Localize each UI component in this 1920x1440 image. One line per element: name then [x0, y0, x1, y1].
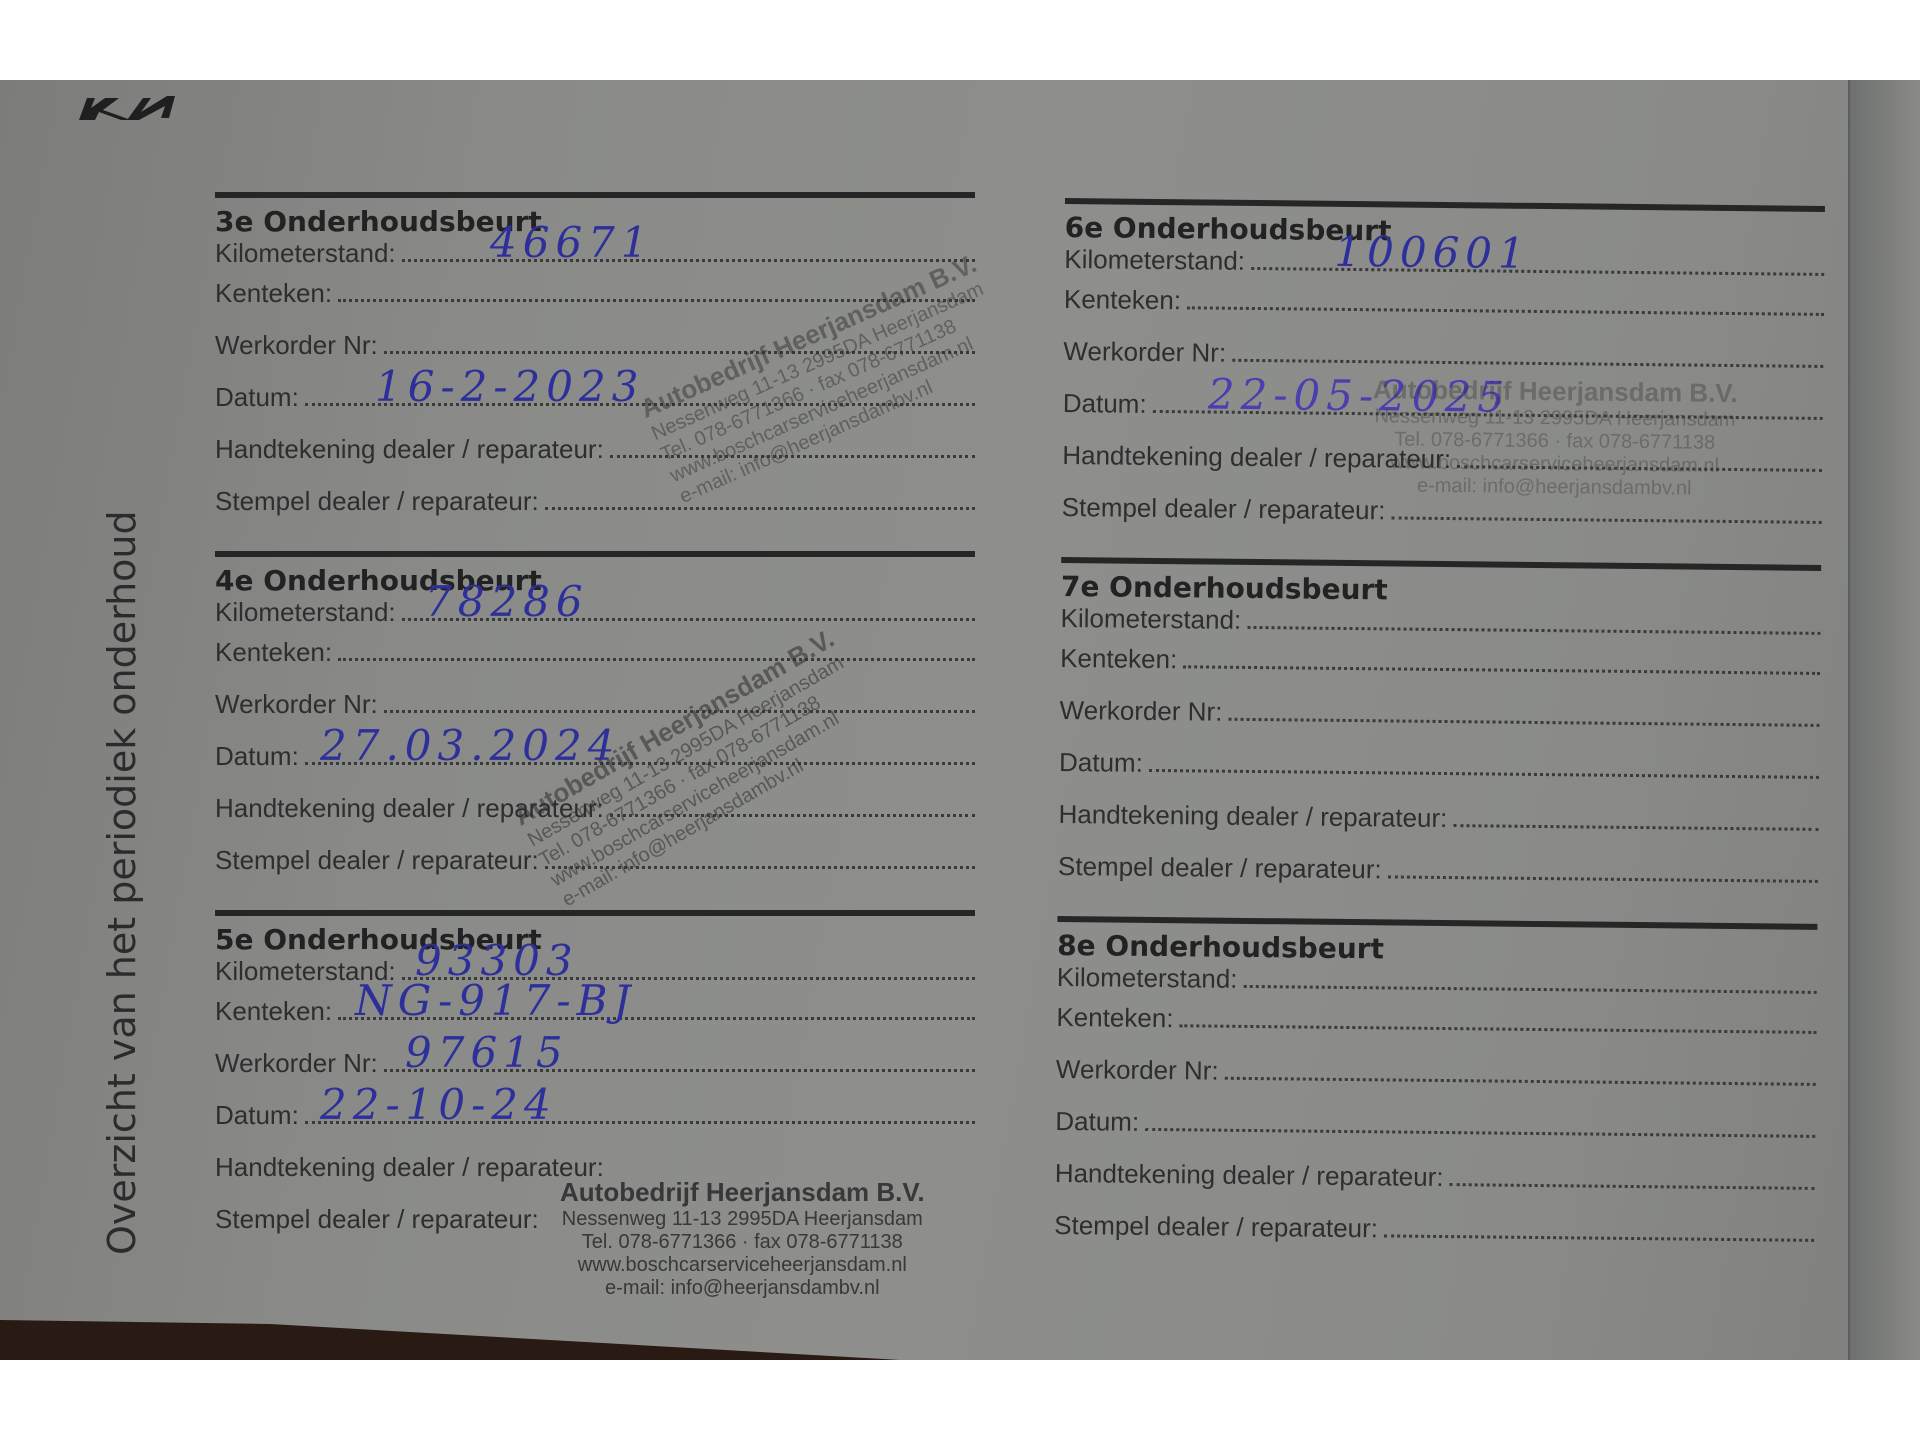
field-line[interactable] [1187, 306, 1824, 316]
field-label: Handtekening dealer / reparateur: [1058, 799, 1453, 834]
field-label: Datum: [1059, 747, 1149, 779]
field-line[interactable] [1243, 985, 1816, 994]
handwritten-datum: 27.03.2024 [320, 721, 620, 770]
field-line[interactable] [1228, 718, 1819, 727]
handwritten-datum: 22-05-2025 [1208, 370, 1511, 422]
field-datum: Datum: 22-05-2025 [1062, 388, 1823, 448]
page-vertical-title: Overzicht van het periodiek onderhoud [100, 510, 144, 1255]
field-kenteken: Kenteken: [1060, 643, 1821, 703]
field-label: Kenteken: [215, 996, 338, 1027]
field-line[interactable] [1179, 1024, 1816, 1034]
field-line[interactable] [1388, 875, 1818, 883]
desk-surface [0, 1320, 900, 1360]
field-label: Werkorder Nr: [1056, 1054, 1225, 1087]
field-label: Werkorder Nr: [215, 689, 384, 720]
field-label: Kilometerstand: [215, 238, 402, 269]
field-stempel: Stempel dealer / reparateur: [215, 1204, 975, 1256]
field-line[interactable] [1449, 1183, 1814, 1190]
field-label: Datum: [215, 741, 305, 772]
field-datum: Datum: 22-10-24 [215, 1100, 975, 1152]
field-handtekening: Handtekening dealer / reparateur: [1054, 1158, 1815, 1218]
field-datum: Datum: 27.03.2024 [215, 741, 975, 793]
field-line[interactable] [610, 814, 975, 817]
field-line[interactable] [1247, 626, 1820, 635]
field-label: Datum: [1063, 388, 1153, 420]
service-section-3: 3e Onderhoudsbeurt Kilometerstand: 46671… [215, 192, 975, 551]
field-line[interactable] [1225, 1077, 1816, 1086]
field-line[interactable] [384, 351, 975, 354]
field-handtekening: Handtekening dealer / reparateur: [215, 793, 975, 845]
section-title: 4e Onderhoudsbeurt [215, 565, 975, 597]
field-label: Kilometerstand: [1057, 962, 1244, 995]
field-line[interactable] [1232, 359, 1823, 368]
field-kenteken: Kenteken: [215, 637, 975, 689]
field-kilometerstand: Kilometerstand: 78286 [215, 597, 975, 637]
handwritten-datum: 16-2-2023 [375, 362, 644, 411]
field-line[interactable] [1384, 1234, 1814, 1242]
service-section-5: 5e Onderhoudsbeurt Kilometerstand: 93303… [215, 910, 975, 1269]
field-label: Kilometerstand: [215, 597, 402, 628]
field-line[interactable] [1149, 769, 1819, 779]
field-label: Werkorder Nr: [1063, 336, 1232, 369]
field-stempel: Stempel dealer / reparateur: [1061, 492, 1822, 552]
service-section-4: 4e Onderhoudsbeurt Kilometerstand: 78286… [215, 551, 975, 910]
field-label: Stempel dealer / reparateur: [1058, 851, 1388, 885]
right-column: 6e Onderhoudsbeurt Kilometerstand: 10060… [1054, 198, 1825, 1283]
field-label: Kenteken: [215, 278, 338, 309]
field-stempel: Stempel dealer / reparateur: [1058, 851, 1819, 911]
field-werkorder: Werkorder Nr: [1055, 1054, 1816, 1114]
handwritten-werkorder: 97615 [405, 1028, 569, 1077]
section-title: 5e Onderhoudsbeurt [215, 924, 975, 956]
field-label: Handtekening dealer / reparateur: [215, 1152, 610, 1183]
field-label: Kenteken: [1064, 284, 1187, 316]
field-label: Kilometerstand: [1060, 603, 1247, 636]
handwritten-datum: 22-10-24 [320, 1080, 557, 1129]
field-label: Datum: [215, 382, 305, 413]
field-kenteken: Kenteken: [1056, 1002, 1817, 1062]
service-section-8: 8e Onderhoudsbeurt Kilometerstand: Kente… [1054, 916, 1818, 1283]
field-line[interactable] [402, 259, 975, 262]
field-datum: Datum: 16-2-2023 [215, 382, 975, 434]
next-page-edge [1848, 80, 1920, 1360]
field-label: Handtekening dealer / reparateur: [1062, 440, 1457, 475]
field-label: Handtekening dealer / reparateur: [215, 793, 610, 824]
field-stempel: Stempel dealer / reparateur: [215, 486, 975, 538]
field-label: Stempel dealer / reparateur: [215, 486, 545, 517]
field-label: Kenteken: [215, 637, 338, 668]
stamp-website: www.boschcarserviceheerjansdam.nl [560, 1254, 925, 1277]
handwritten-kilometerstand: 46671 [490, 218, 654, 267]
field-stempel: Stempel dealer / reparateur: [1054, 1210, 1815, 1270]
field-label: Kenteken: [1060, 643, 1183, 675]
field-label: Werkorder Nr: [1059, 695, 1228, 728]
field-label: Stempel dealer / reparateur: [1054, 1210, 1384, 1244]
field-label: Handtekening dealer / reparateur: [1055, 1158, 1450, 1193]
handwritten-kilometerstand: 100601 [1334, 227, 1531, 278]
field-datum: Datum: [1059, 747, 1820, 807]
field-line[interactable] [1145, 1128, 1815, 1138]
field-line[interactable] [545, 866, 975, 869]
field-line[interactable] [338, 658, 975, 661]
field-datum: Datum: [1055, 1106, 1816, 1166]
field-line[interactable] [384, 710, 975, 713]
left-column: 3e Onderhoudsbeurt Kilometerstand: 46671… [215, 192, 975, 1269]
service-section-6: 6e Onderhoudsbeurt Kilometerstand: 10060… [1061, 198, 1825, 565]
field-handtekening: Handtekening dealer / reparateur: [1058, 799, 1819, 859]
handwritten-kilometerstand: 78286 [425, 577, 589, 626]
field-handtekening: Handtekening dealer / reparateur: [215, 1152, 975, 1204]
field-label: Datum: [1055, 1106, 1145, 1138]
service-booklet-photo: Overzicht van het periodiek onderhoud 3e… [0, 80, 1920, 1360]
field-line[interactable] [1457, 465, 1822, 472]
field-stempel: Stempel dealer / reparateur: [215, 845, 975, 897]
field-label: Werkorder Nr: [215, 1048, 384, 1079]
field-label: Datum: [215, 1100, 305, 1131]
field-label: Kenteken: [1056, 1002, 1179, 1034]
field-werkorder: Werkorder Nr: [1059, 695, 1820, 755]
field-line[interactable] [610, 455, 975, 458]
service-section-7: 7e Onderhoudsbeurt Kilometerstand: Kente… [1057, 557, 1821, 924]
field-label: Werkorder Nr: [215, 330, 384, 361]
kia-logo-icon [75, 92, 185, 122]
handwritten-kenteken: NG-917-BJ [355, 976, 636, 1025]
field-label: Handtekening dealer / reparateur: [215, 434, 610, 465]
field-handtekening: Handtekening dealer / reparateur: [1062, 440, 1823, 500]
field-label: Stempel dealer / reparateur: [215, 1204, 545, 1235]
field-label: Kilometerstand: [1064, 244, 1251, 277]
field-label: Stempel dealer / reparateur: [215, 845, 545, 876]
field-handtekening: Handtekening dealer / reparateur: [215, 434, 975, 486]
field-line[interactable] [545, 507, 975, 510]
field-kenteken: Kenteken: [215, 278, 975, 330]
field-line[interactable] [1453, 824, 1818, 831]
field-label: Stempel dealer / reparateur: [1062, 492, 1392, 526]
field-line[interactable] [1183, 665, 1820, 675]
field-kilometerstand: Kilometerstand: 46671 [215, 238, 975, 278]
field-kenteken: Kenteken: [1064, 284, 1825, 344]
stamp-email: e-mail: info@heerjansdambv.nl [560, 1277, 925, 1300]
field-kenteken: Kenteken: NG-917-BJ [215, 996, 975, 1048]
field-line[interactable] [338, 299, 975, 302]
field-line[interactable] [1391, 516, 1821, 524]
